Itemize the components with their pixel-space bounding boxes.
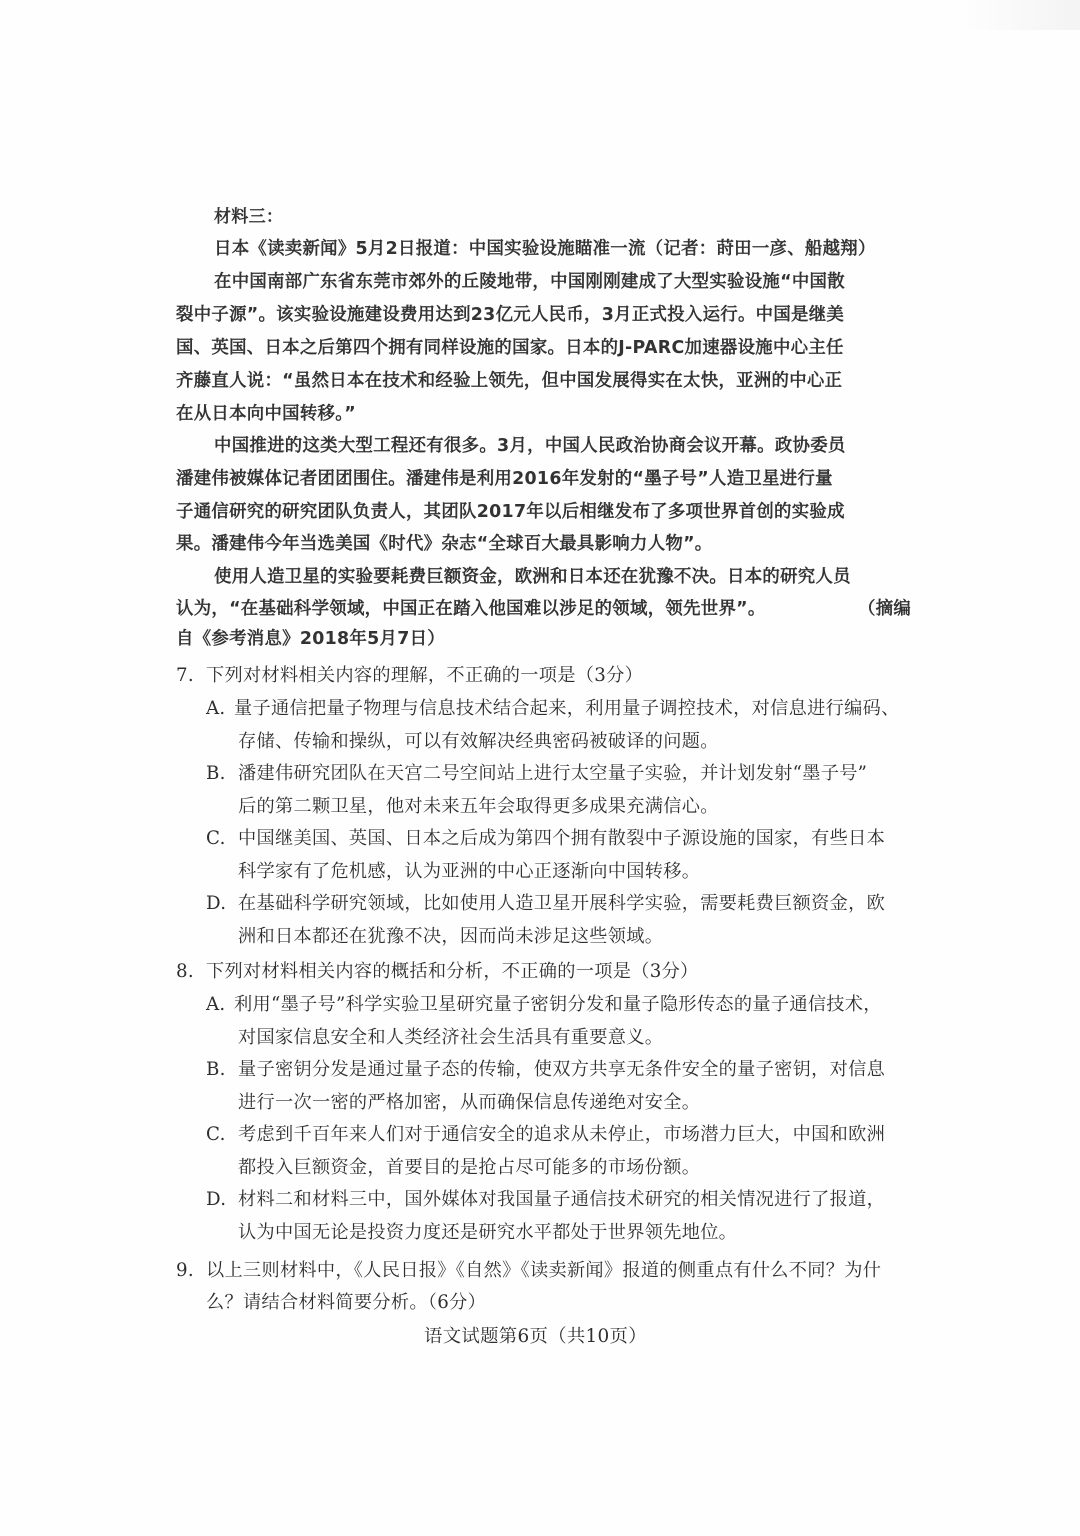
paragraph-line: 子通信研究的研究团队负责人，其团队2017年以后相继发布了多项世界首创的实验成	[176, 501, 845, 523]
paragraph-line: 中国推进的这类大型工程还有很多。3月，中国人民政治协商会议开幕。政协委员	[214, 435, 846, 457]
exam-page: 材料三： 日本《读卖新闻》5月2日报道：中国实验设施瞄准一流（记者：莳田一彦、船…	[0, 0, 1080, 1536]
question-9-number: 9.	[176, 1260, 194, 1282]
option-text: 材料二和材料三中，国外媒体对我国量子通信技术研究的相关情况进行了报道，	[238, 1189, 885, 1211]
option-text: 量子密钥分发是通过量子态的传输，使双方共享无条件安全的量子密钥，对信息	[238, 1059, 885, 1081]
option-text: 中国继美国、英国、日本之后成为第四个拥有散裂中子源设施的国家，有些日本	[238, 828, 885, 850]
option-text: 量子通信把量子物理与信息技术结合起来，利用量子调控技术，对信息进行编码、	[234, 698, 900, 720]
option-text: 对国家信息安全和人类经济社会生活具有重要意义。	[238, 1027, 663, 1049]
question-8-number: 8.	[176, 961, 194, 983]
option-text: 后的第二颗卫星，他对未来五年会取得更多成果充满信心。	[238, 796, 719, 818]
paragraph-line: 裂中子源”。该实验设施建设费用达到23亿元人民币，3月正式投入运行。中国是继美	[176, 304, 844, 326]
option-text: 都投入巨额资金，首要目的是抢占尽可能多的市场份额。	[238, 1157, 700, 1179]
question-9-text: 以上三则材料中，《人民日报》《自然》《读卖新闻》报道的侧重点有什么不同？为什	[206, 1260, 881, 1282]
option-text: 利用“墨子号”科学实验卫星研究量子密钥分发和量子隐形传态的量子通信技术，	[234, 994, 882, 1016]
paragraph-line: 潘建伟被媒体记者团团围住。潘建伟是利用2016年发射的“墨子号”人造卫星进行量	[176, 468, 833, 490]
question-9-text: 么？请结合材料简要分析。（6分）	[206, 1292, 486, 1314]
option-label: B.	[206, 763, 226, 785]
option-label: D.	[206, 893, 226, 915]
scan-shadow	[960, 0, 1080, 30]
paragraph-line: 果。潘建伟今年当选美国《时代》杂志“全球百大最具影响力人物”。	[176, 533, 713, 555]
option-text: 进行一次一密的严格加密，从而确保信息传递绝对安全。	[238, 1092, 700, 1114]
question-8-stem: 下列对材料相关内容的概括和分析，不正确的一项是（3分）	[206, 961, 699, 983]
paragraph-line: 在中国南部广东省东莞市郊外的丘陵地带，中国刚刚建成了大型实验设施“中国散	[214, 271, 845, 293]
option-text: 潘建伟研究团队在天宫二号空间站上进行太空量子实验，并计划发射“墨子号”	[238, 763, 867, 785]
option-label: C.	[206, 828, 226, 850]
option-label: C.	[206, 1124, 226, 1146]
option-label: D.	[206, 1189, 226, 1211]
paragraph-line: 使用人造卫星的实验要耗费巨额资金，欧洲和日本还在犹豫不决。日本的研究人员	[214, 566, 851, 588]
option-text: 在基础科学研究领域，比如使用人造卫星开展科学实验，需要耗费巨额资金，欧	[238, 893, 885, 915]
paragraph-line: 国、英国、日本之后第四个拥有同样设施的国家。日本的J-PARC加速器设施中心主任	[176, 337, 844, 359]
question-7-stem: 下列对材料相关内容的理解，不正确的一项是（3分）	[206, 665, 643, 687]
page-footer: 语文试题第6页（共10页）	[424, 1326, 647, 1348]
option-text: 洲和日本都还在犹豫不决，因而尚未涉足这些领域。	[238, 926, 663, 948]
source-prefix: （摘编	[858, 598, 911, 620]
paragraph-line: 认为，“在基础科学领域，中国正在踏入他国难以涉足的领域，领先世界”。	[176, 598, 766, 620]
question-7-number: 7.	[176, 665, 194, 687]
paragraph-line: 齐藤直人说：“虽然日本在技术和经验上领先，但中国发展得实在太快，亚洲的中心正	[176, 370, 842, 392]
option-text: 科学家有了危机感，认为亚洲的中心正逐渐向中国转移。	[238, 861, 700, 883]
option-text: 考虑到千百年来人们对于通信安全的追求从未停止，市场潜力巨大，中国和欧洲	[238, 1124, 885, 1146]
source-citation: 自《参考消息》2018年5月7日）	[176, 628, 445, 650]
option-text: 存储、传输和操纵，可以有效解决经典密码被破译的问题。	[238, 731, 719, 753]
option-label: B.	[206, 1059, 226, 1081]
option-label: A.	[206, 698, 226, 720]
option-text: 认为中国无论是投资力度还是研究水平都处于世界领先地位。	[238, 1222, 737, 1244]
material-three-byline: 日本《读卖新闻》5月2日报道：中国实验设施瞄准一流（记者：莳田一彦、船越翔）	[214, 238, 876, 260]
paragraph-line: 在从日本向中国转移。”	[176, 403, 356, 425]
material-three-heading: 材料三：	[214, 206, 283, 228]
option-label: A.	[206, 994, 226, 1016]
